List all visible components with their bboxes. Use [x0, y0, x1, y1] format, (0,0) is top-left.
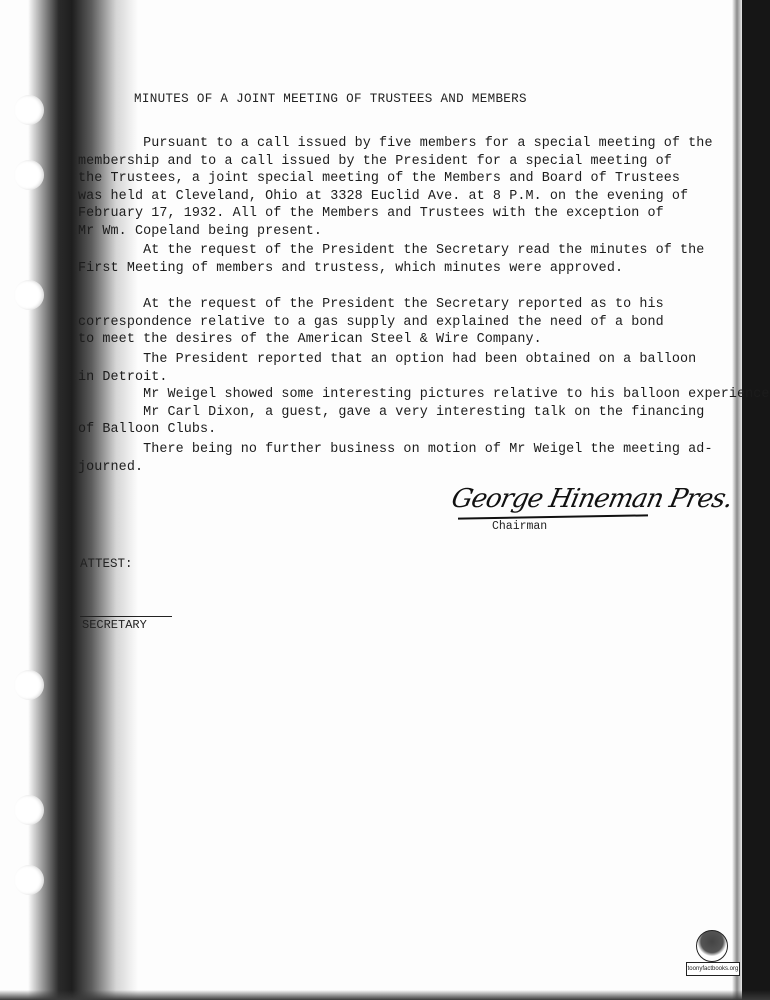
punch-hole: [14, 280, 44, 310]
chairman-label: Chairman: [492, 520, 547, 533]
balloon-icon: [696, 930, 728, 962]
signature-line: [458, 514, 648, 519]
paragraph-balloon-option: The President reported that an option ha…: [78, 351, 770, 439]
punch-hole: [14, 160, 44, 190]
punch-hole: [14, 795, 44, 825]
page-edge-gradient: [732, 0, 742, 1000]
paragraph-gas-supply: At the request of the President the Secr…: [78, 296, 664, 349]
secretary-signature-line: [80, 616, 172, 617]
scanned-document-page: MINUTES OF A JOINT MEETING OF TRUSTEES A…: [0, 0, 770, 1000]
punch-hole: [14, 865, 44, 895]
paragraph-adjournment: There being no further business on motio…: [78, 441, 713, 476]
chairman-signature: George Hineman Pres.: [449, 484, 735, 514]
secretary-label: SECRETARY: [82, 618, 147, 632]
document-title: MINUTES OF A JOINT MEETING OF TRUSTEES A…: [134, 92, 527, 106]
punch-hole: [14, 95, 44, 125]
paragraph-call-to-meeting: Pursuant to a call issued by five member…: [78, 135, 713, 240]
scanner-bottom-border: [0, 990, 770, 1000]
scanner-right-border: [742, 0, 770, 1000]
watermark-text: toonyfactbooks.org: [686, 962, 740, 976]
attest-label: ATTEST:: [80, 557, 133, 571]
punch-hole: [14, 670, 44, 700]
paragraph-minutes-approved: At the request of the President the Secr…: [78, 242, 704, 277]
watermark-logo: toonyfactbooks.org: [686, 930, 738, 982]
